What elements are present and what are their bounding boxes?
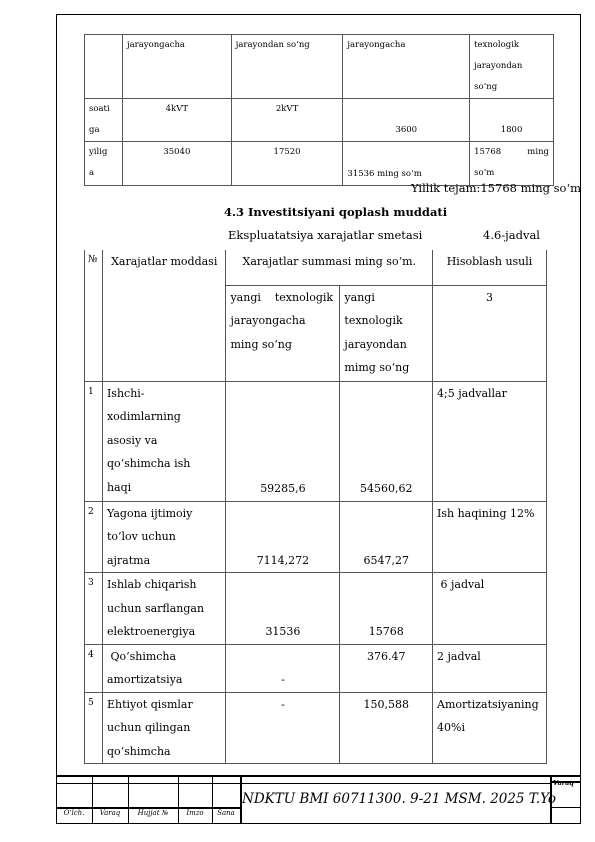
table-caption: Ekspluatatsiya xarajatlar smetasi <box>228 228 422 242</box>
cell-value: 2kVT <box>231 99 343 142</box>
label-hujjat: Hujjat № <box>128 809 178 817</box>
row-method: Amortizatsiyaning 40%i <box>433 692 547 764</box>
table-row: 5 Ehtiyot qismlar uchun qilingan qo‘shim… <box>85 692 547 764</box>
header-cell: jarayongacha <box>122 35 231 99</box>
cell-value: 17520 <box>231 142 343 186</box>
row-number: 5 <box>85 692 103 764</box>
row-number: 1 <box>85 381 103 501</box>
table-header-row: № Xarajatlar moddasi Xarajatlar summasi … <box>85 250 547 285</box>
header-cell-empty <box>85 35 123 99</box>
operating-expenses-table: № Xarajatlar moddasi Xarajatlar summasi … <box>84 250 547 764</box>
cell-value: 31536 ming so‘m <box>343 142 470 186</box>
table-row: 4 Qo‘shimcha amortizatsiya - 376.47 2 ja… <box>85 644 547 692</box>
row-before: 59285,6 <box>226 381 340 501</box>
row-method: 4;5 jadvallar <box>433 381 547 501</box>
table-row: yilig a 35040 17520 31536 ming so‘m 1576… <box>85 142 554 186</box>
row-before: 7114,272 <box>226 501 340 573</box>
header-item: Xarajatlar moddasi <box>102 250 226 381</box>
table-row: soati ga 4kVT 2kVT 3600 1800 <box>85 99 554 142</box>
table-row: 2 Yagona ijtimoiy to‘lov uchun ajratma 7… <box>85 501 547 573</box>
cell-value: 35040 <box>122 142 231 186</box>
row-number: 2 <box>85 501 103 573</box>
row-item: Ehtiyot qismlar uchun qilingan qo‘shimch… <box>102 692 226 764</box>
header-number: № <box>85 250 103 381</box>
row-before: - <box>226 644 340 692</box>
cell-value: 3600 <box>343 99 470 142</box>
sheet-label: Varaq <box>553 779 574 787</box>
section-heading: 4.3 Investitsiyani qoplash muddati <box>224 205 447 219</box>
document-code: NDKTU BMI 60711300. 9-21 MSM. 2025 T.Yo <box>242 791 556 807</box>
row-before: 31536 <box>226 573 340 645</box>
header-sum: Xarajatlar summasi ming so‘m. <box>226 250 433 285</box>
header-cell: texnologik jarayondan so‘ng <box>470 35 554 99</box>
row-item: Ishchi- xodimlarning asosiy va qo‘shimch… <box>102 381 226 501</box>
cell-value: 1800 <box>470 99 554 142</box>
row-number: 3 <box>85 573 103 645</box>
row-after: 150,588 <box>340 692 433 764</box>
row-item: Ishlab chiqarish uchun sarflangan elektr… <box>102 573 226 645</box>
label-olch: O‘lch. <box>56 809 92 817</box>
annual-savings-text: Yillik tejam:15768 ming so‘m <box>411 181 581 195</box>
row-number: 4 <box>85 644 103 692</box>
row-label: soati ga <box>85 99 123 142</box>
row-before: - <box>226 692 340 764</box>
subheader-after: yangi texnologik jarayondan mimg so‘ng <box>340 285 433 381</box>
row-item: Qo‘shimcha amortizatsiya <box>102 644 226 692</box>
subheader-before: yangi texnologik jarayongacha ming so‘ng <box>226 285 340 381</box>
label-sana: Sana <box>212 809 240 817</box>
cell-value: 15768ming so‘m <box>470 142 554 186</box>
header-method: Hisoblash usuli <box>433 250 547 285</box>
subheader-method: 3 <box>433 285 547 381</box>
row-after: 54560,62 <box>340 381 433 501</box>
row-label: yilig a <box>85 142 123 186</box>
row-method: Ish haqining 12% <box>433 501 547 573</box>
header-cell: jarayongacha <box>343 35 470 99</box>
row-after: 6547,27 <box>340 501 433 573</box>
title-block: O‘lch. Varaq Hujjat № Imzo Sana NDKTU BM… <box>56 775 581 824</box>
row-method: 6 jadval <box>433 573 547 645</box>
table-number: 4.6-jadval <box>483 228 540 242</box>
row-item: Yagona ijtimoiy to‘lov uchun ajratma <box>102 501 226 573</box>
header-cell: jarayondan so‘ng <box>231 35 343 99</box>
label-imzo: Imzo <box>178 809 212 817</box>
table-header-row: jarayongacha jarayondan so‘ng jarayongac… <box>85 35 554 99</box>
cell-value: 4kVT <box>122 99 231 142</box>
row-after: 15768 <box>340 573 433 645</box>
row-after: 376.47 <box>340 644 433 692</box>
row-method: 2 jadval <box>433 644 547 692</box>
label-varaq: Varaq <box>92 809 128 817</box>
table-row: 1 Ishchi- xodimlarning asosiy va qo‘shim… <box>85 381 547 501</box>
energy-comparison-table: jarayongacha jarayondan so‘ng jarayongac… <box>84 34 554 186</box>
table-row: 3 Ishlab chiqarish uchun sarflangan elek… <box>85 573 547 645</box>
